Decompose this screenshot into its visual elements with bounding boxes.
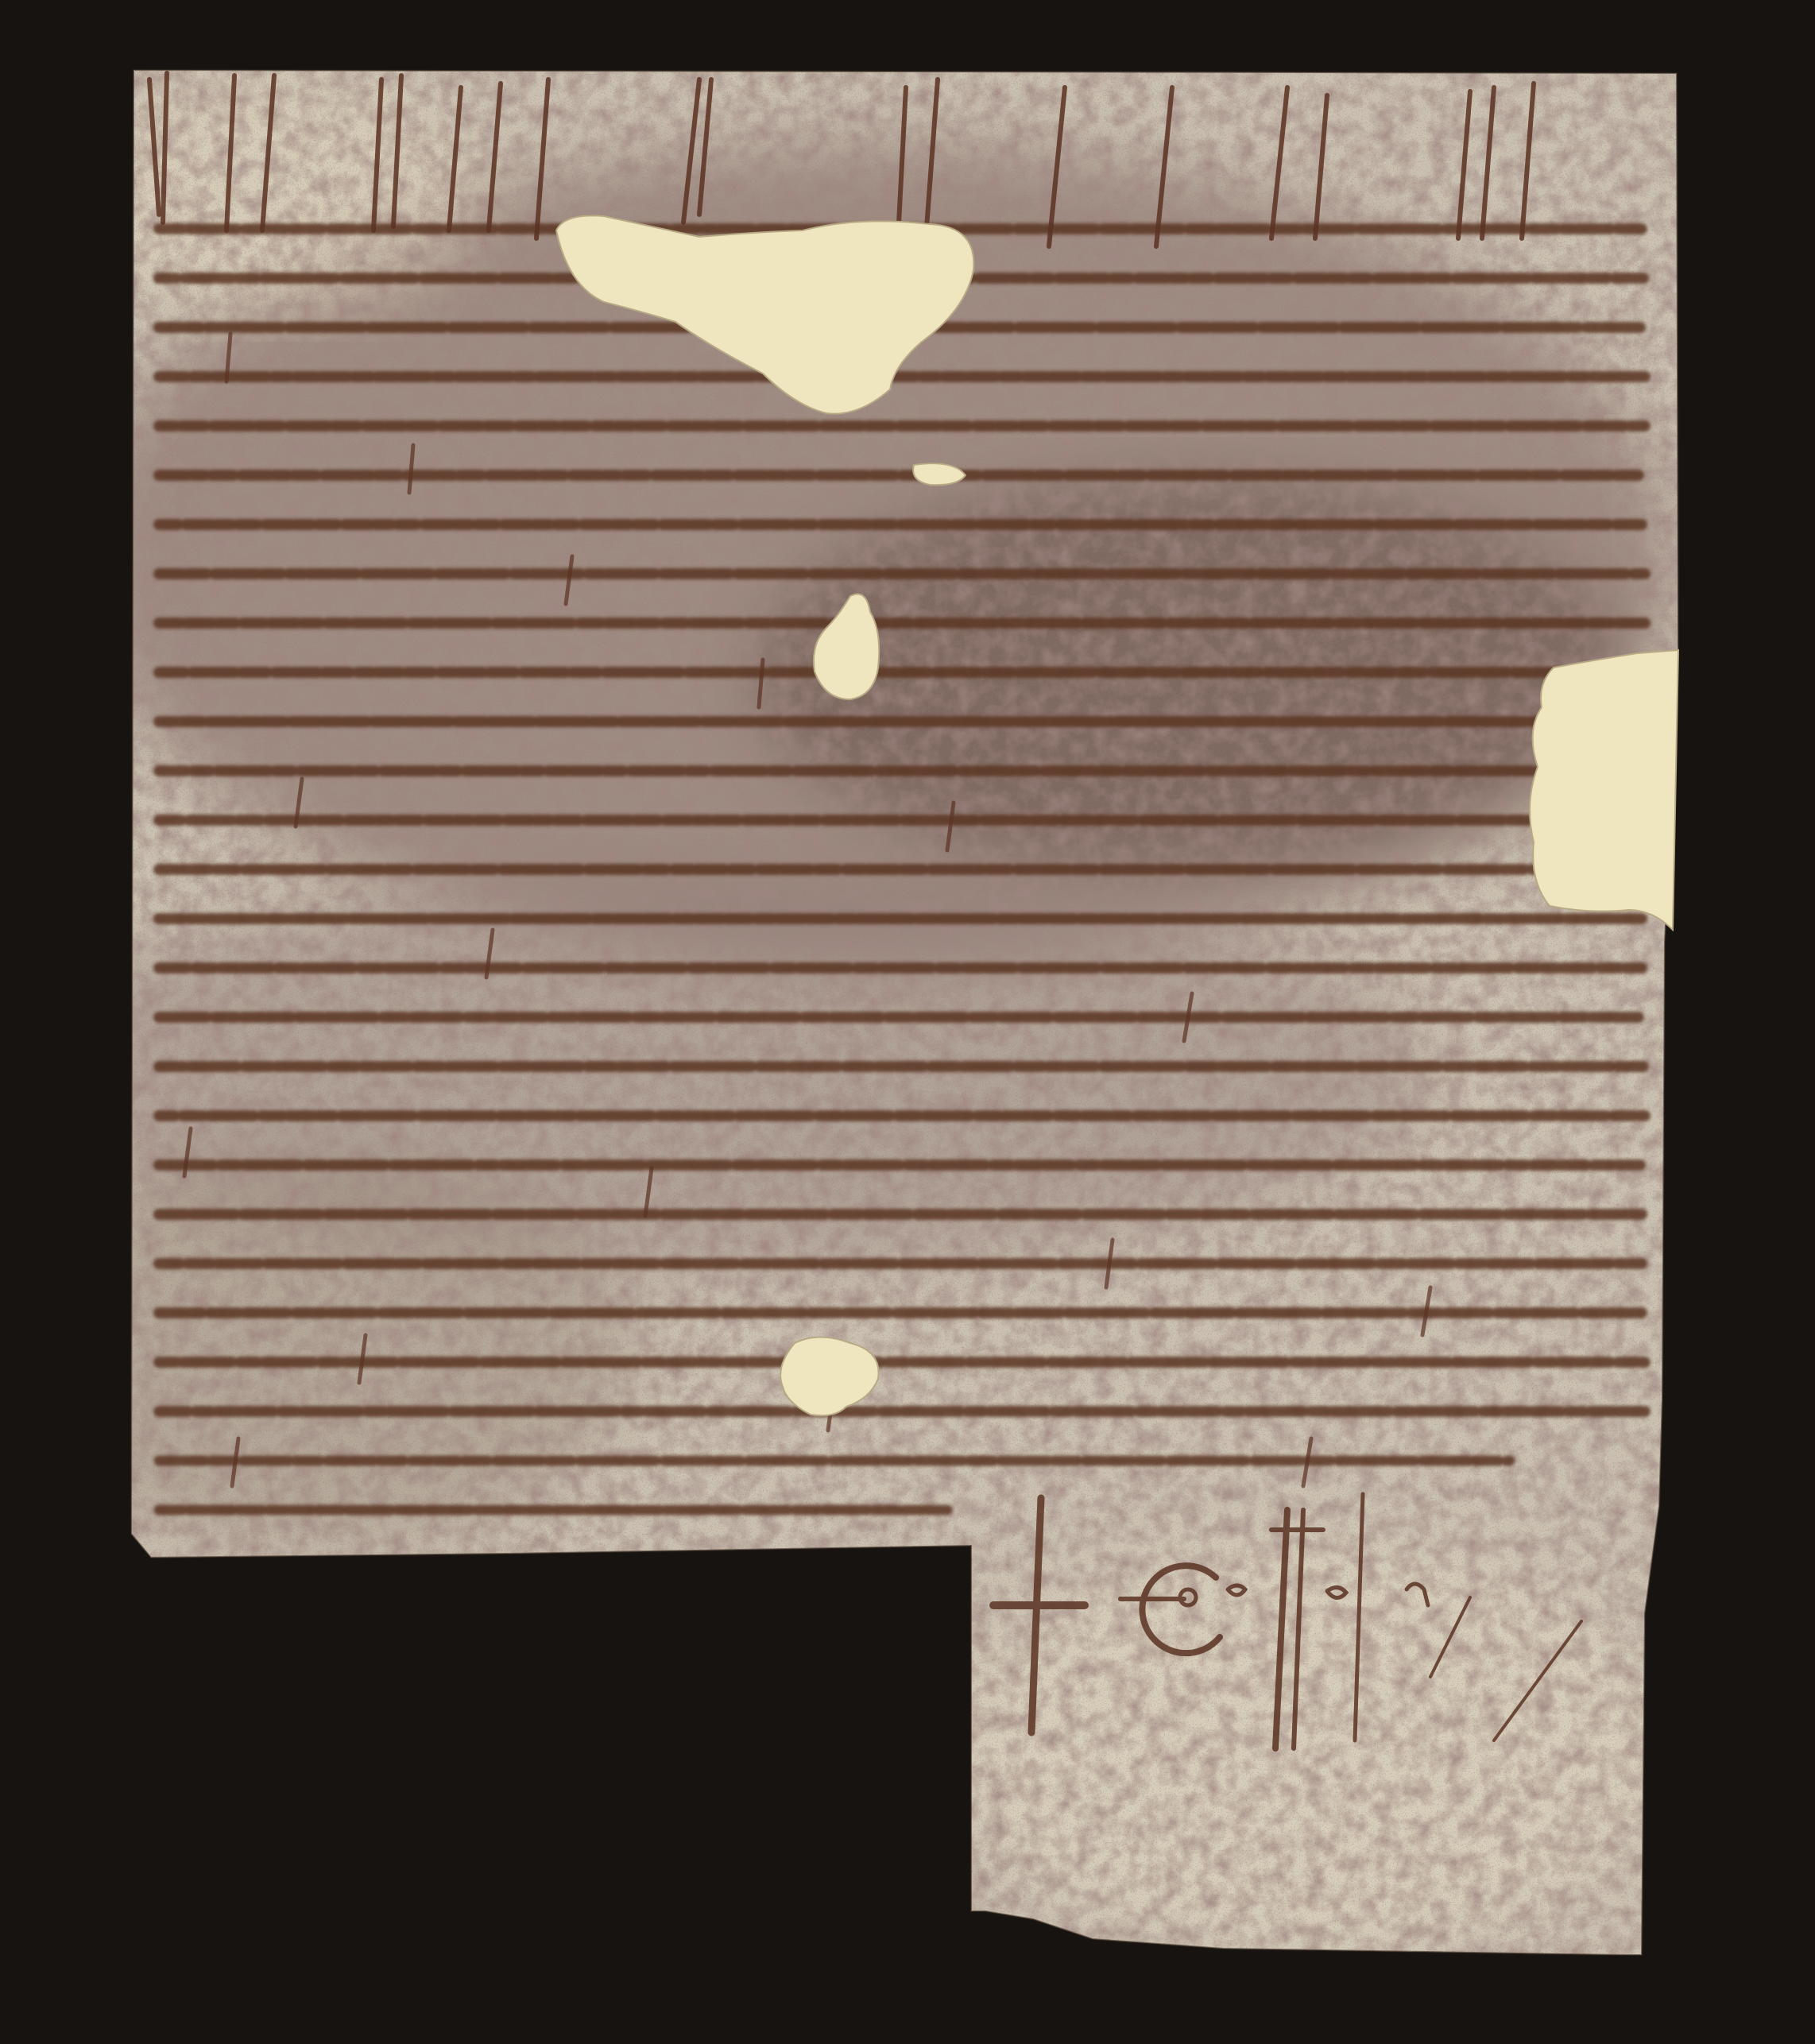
script-lines xyxy=(159,229,1645,1510)
parchment-svg xyxy=(0,0,1815,2044)
hole-right xyxy=(1530,650,1678,930)
document-photo: Parchment charter photographed on dark b… xyxy=(0,0,1815,2044)
